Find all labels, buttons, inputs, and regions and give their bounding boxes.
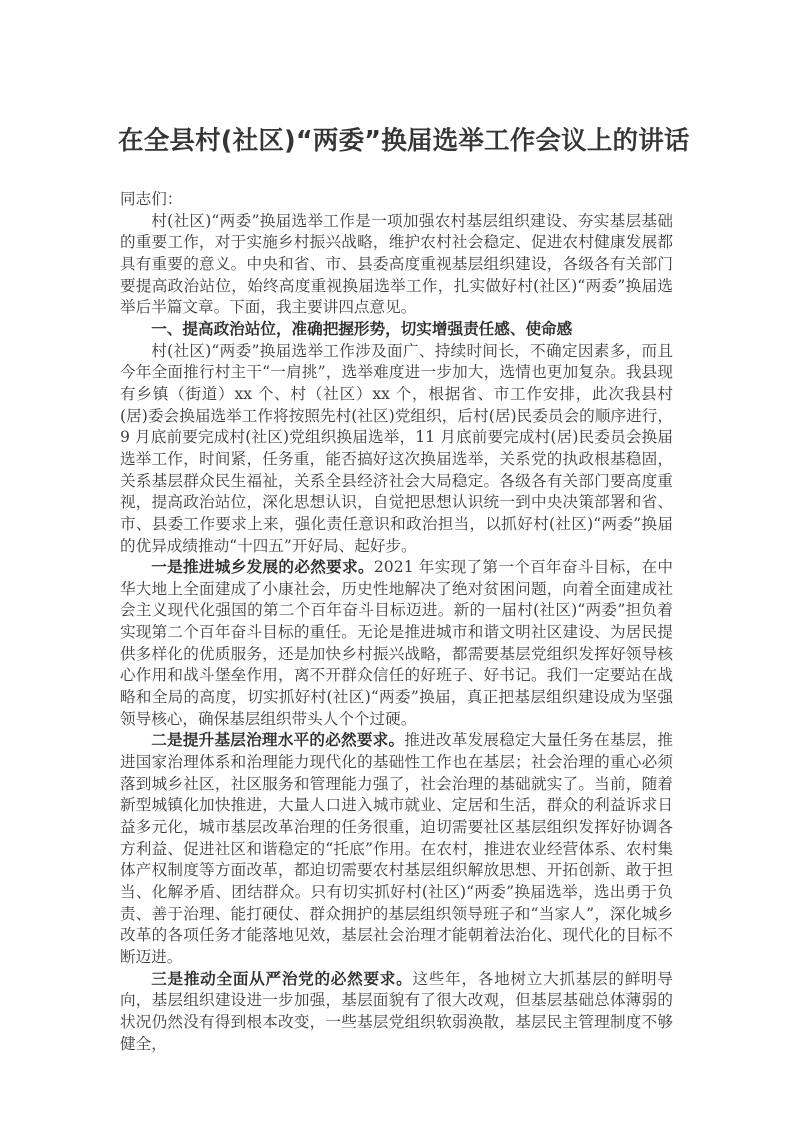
point-paragraph-2: 二是提升基层治理水平的必然要求。推进改革发展稳定大量任务在基层，推进国家治理体系… bbox=[120, 730, 673, 968]
salutation: 同志们： bbox=[120, 189, 673, 211]
section-paragraph: 村(社区)“两委”换届选举工作涉及面广、持续时间长，不确定因素多，而且今年全面推… bbox=[120, 341, 673, 558]
point-paragraph-3: 三是推动全面从严治党的必然要求。这些年，各地树立大抓基层的鲜明导向，基层组织建设… bbox=[120, 969, 673, 1056]
point-lead-1: 一是推进城乡发展的必然要求。 bbox=[151, 558, 374, 576]
point-text-2: 推进改革发展稳定大量任务在基层，推进国家治理体系和治理能力现代化的基础性工作也在… bbox=[120, 731, 673, 966]
point-lead-2: 二是提升基层治理水平的必然要求。 bbox=[151, 731, 404, 749]
document-title: 在全县村(社区)“两委”换届选举工作会议上的讲话 bbox=[118, 121, 678, 157]
point-paragraph-1: 一是推进城乡发展的必然要求。2021 年实现了第一个百年奋斗目标，在中华大地上全… bbox=[120, 557, 673, 730]
intro-paragraph: 村(社区)“两委”换届选举工作是一项加强农村基层组织建设、夯实基层基础的重要工作… bbox=[120, 211, 673, 319]
document-body: 同志们： 村(社区)“两委”换届选举工作是一项加强农村基层组织建设、夯实基层基础… bbox=[120, 189, 673, 1055]
point-lead-3: 三是推动全面从严治党的必然要求。 bbox=[151, 970, 412, 988]
point-text-1: 2021 年实现了第一个百年奋斗目标，在中华大地上全面建成了小康社会，历史性地解… bbox=[120, 558, 673, 728]
section-heading: 一、提高政治站位，准确把握形势，切实增强责任感、使命感 bbox=[120, 319, 673, 341]
document-page: 在全县村(社区)“两委”换届选举工作会议上的讲话 同志们： 村(社区)“两委”换… bbox=[0, 0, 793, 1122]
